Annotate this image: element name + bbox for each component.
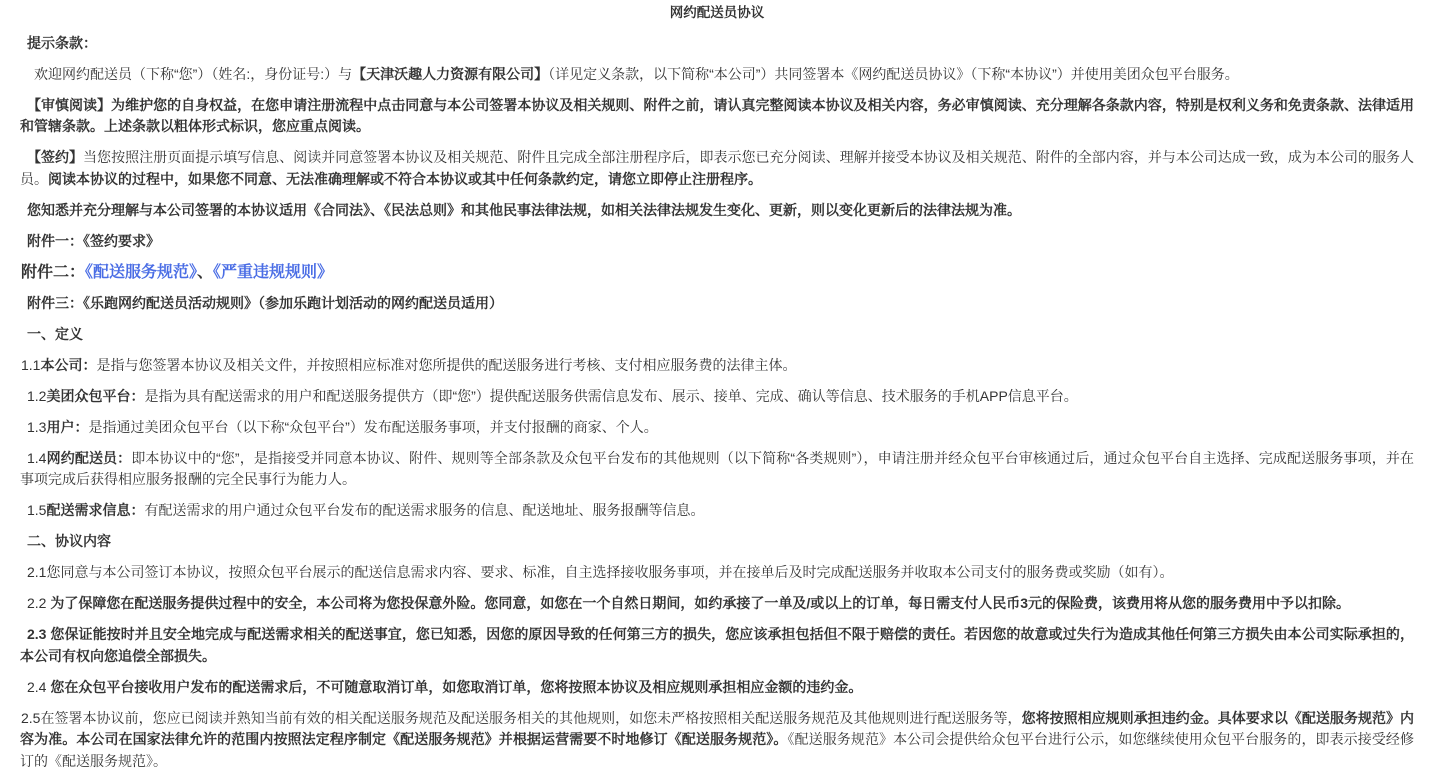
attachment-2: 附件二：《配送服务规范》、《严重违规规则》 — [20, 262, 1414, 284]
text-segment: 附件一：《签约要求》 — [27, 233, 160, 249]
attachment-1: 附件一：《签约要求》 — [20, 231, 1414, 253]
clause-2-2: 2.2 为了保障您在配送服务提供过程中的安全，本公司将为您投保意外险。您同意，如… — [20, 593, 1414, 615]
clause-2-1: 2.1您同意与本公司签订本协议，按照众包平台展示的配送信息需求内容、要求、标准，… — [20, 562, 1414, 584]
text-segment: 您知悉并充分理解与本公司签署的本协议适用《合同法》、《民法总则》和其他民事法律法… — [27, 202, 1021, 218]
definition-1-4: 1.4网约配送员：即本协议中的“您”，是指接受并同意本协议、附件、规则等全部条款… — [20, 448, 1414, 491]
text-segment: 有配送需求的用户通过众包平台发布的配送需求服务的信息、配送地址、服务报酬等信息。 — [144, 502, 704, 518]
attachment-link[interactable]: 《严重违规规则》 — [213, 264, 333, 281]
text-segment: 【签约】 — [27, 149, 83, 165]
text-segment: 提示条款： — [27, 35, 97, 51]
text-segment: 为了保障您在配送服务提供过程中的安全，本公司将为您投保意外险。您同意，如您在一个… — [50, 595, 1350, 611]
text-segment: 2.3 您保证能按时并且安全地完成与配送需求相关的配送事宜，您已知悉，因您的原因… — [20, 626, 1414, 664]
clause-2-5: 2.5在签署本协议前，您应已阅读并熟知当前有效的相关配送服务规范及配送服务相关的… — [20, 708, 1414, 773]
text-segment: 美团众包平台： — [46, 388, 144, 404]
text-segment: 阅读本协议的过程中，如果您不同意、无法准确理解或不符合本协议或其中任何条款约定，… — [48, 171, 762, 187]
definition-1-3: 1.3用户：是指通过美团众包平台（以下称“众包平台”）发布配送服务事项，并支付报… — [20, 417, 1414, 439]
text-segment: 1.4 — [27, 450, 46, 466]
text-segment: 您在众包平台接收用户发布的配送需求后，不可随意取消订单，如您取消订单，您将按照本… — [50, 679, 862, 695]
law-acknowledgement-paragraph: 您知悉并充分理解与本公司签署的本协议适用《合同法》、《民法总则》和其他民事法律法… — [20, 200, 1414, 222]
text-segment: 是指通过美团众包平台（以下称“众包平台”）发布配送服务事项，并支付报酬的商家、个… — [88, 419, 657, 435]
text-segment: 配送需求信息： — [46, 502, 144, 518]
text-segment: 附件三：《乐跑网约配送员活动规则》（参加乐跑计划活动的网约配送员适用） — [27, 295, 503, 311]
section-2-heading: 二、协议内容 — [20, 531, 1414, 553]
text-segment: 1.3 — [27, 419, 46, 435]
notice-heading: 提示条款： — [20, 33, 1414, 55]
document-body: 提示条款：欢迎网约配送员（下称“您”）（姓名:，身份证号:）与【天津沃趣人力资源… — [20, 33, 1414, 773]
text-segment: 是指与您签署本协议及相关文件，并按照相应标准对您所提供的配送服务进行考核、支付相… — [96, 357, 796, 373]
agreement-document: 网约配送员协议 提示条款：欢迎网约配送员（下称“您”）（姓名:，身份证号:）与【… — [0, 0, 1434, 772]
text-segment: 2.2 — [27, 595, 50, 611]
text-segment: 二、协议内容 — [27, 533, 111, 549]
text-segment: 网约配送员： — [46, 450, 131, 466]
welcome-paragraph: 欢迎网约配送员（下称“您”）（姓名:，身份证号:）与【天津沃趣人力资源有限公司】… — [20, 64, 1414, 86]
text-segment: 【审慎阅读】为维护您的自身权益，在您申请注册流程中点击同意与本公司签署本协议及相… — [20, 97, 1414, 135]
clause-2-4: 2.4 您在众包平台接收用户发布的配送需求后，不可随意取消订单，如您取消订单，您… — [20, 677, 1414, 699]
attachment-link[interactable]: 《配送服务规范》 — [85, 264, 197, 281]
text-segment: 1.1 — [21, 357, 40, 373]
definition-1-2: 1.2美团众包平台：是指为具有配送需求的用户和配送服务提供方（即“您”）提供配送… — [20, 386, 1414, 408]
text-segment: 、 — [197, 264, 213, 281]
text-segment: 欢迎网约配送员（下称“您”）（姓名:，身份证号:）与 — [34, 66, 352, 82]
caution-reading-paragraph: 【审慎阅读】为维护您的自身权益，在您申请注册流程中点击同意与本公司签署本协议及相… — [20, 95, 1414, 138]
text-segment: 即本协议中的“您”，是指接受并同意本协议、附件、规则等全部条款及众包平台发布的其… — [20, 450, 1414, 488]
clause-2-3: 2.3 您保证能按时并且安全地完成与配送需求相关的配送事宜，您已知悉，因您的原因… — [20, 624, 1414, 667]
signing-paragraph: 【签约】当您按照注册页面提示填写信息、阅读并同意签署本协议及相关规范、附件且完成… — [20, 147, 1414, 190]
text-segment: 附件二： — [21, 264, 85, 281]
attachment-3: 附件三：《乐跑网约配送员活动规则》（参加乐跑计划活动的网约配送员适用） — [20, 293, 1414, 315]
text-segment: 2.4 — [27, 679, 50, 695]
text-segment: （详见定义条款，以下简称“本公司”）共同签署本《网约配送员协议》（下称“本协议”… — [548, 66, 1239, 82]
text-segment: 2.1您同意与本公司签订本协议，按照众包平台展示的配送信息需求内容、要求、标准，… — [27, 564, 1173, 580]
definition-1-5: 1.5配送需求信息：有配送需求的用户通过众包平台发布的配送需求服务的信息、配送地… — [20, 500, 1414, 522]
text-segment: 本公司： — [40, 357, 96, 373]
text-segment: 是指为具有配送需求的用户和配送服务提供方（即“您”）提供配送服务供需信息发布、展… — [144, 388, 1077, 404]
text-segment: 1.2 — [27, 388, 46, 404]
page-title: 网约配送员协议 — [20, 2, 1414, 23]
definition-1-1: 1.1本公司：是指与您签署本协议及相关文件，并按照相应标准对您所提供的配送服务进… — [20, 355, 1414, 377]
text-segment: 用户： — [46, 419, 88, 435]
text-segment: 1.5 — [27, 502, 46, 518]
section-1-heading: 一、定义 — [20, 324, 1414, 346]
text-segment: 2.5在签署本协议前，您应已阅读并熟知当前有效的相关配送服务规范及配送服务相关的… — [21, 710, 1022, 726]
text-segment: 一、定义 — [27, 326, 83, 342]
text-segment: 【天津沃趣人力资源有限公司】 — [352, 66, 548, 82]
